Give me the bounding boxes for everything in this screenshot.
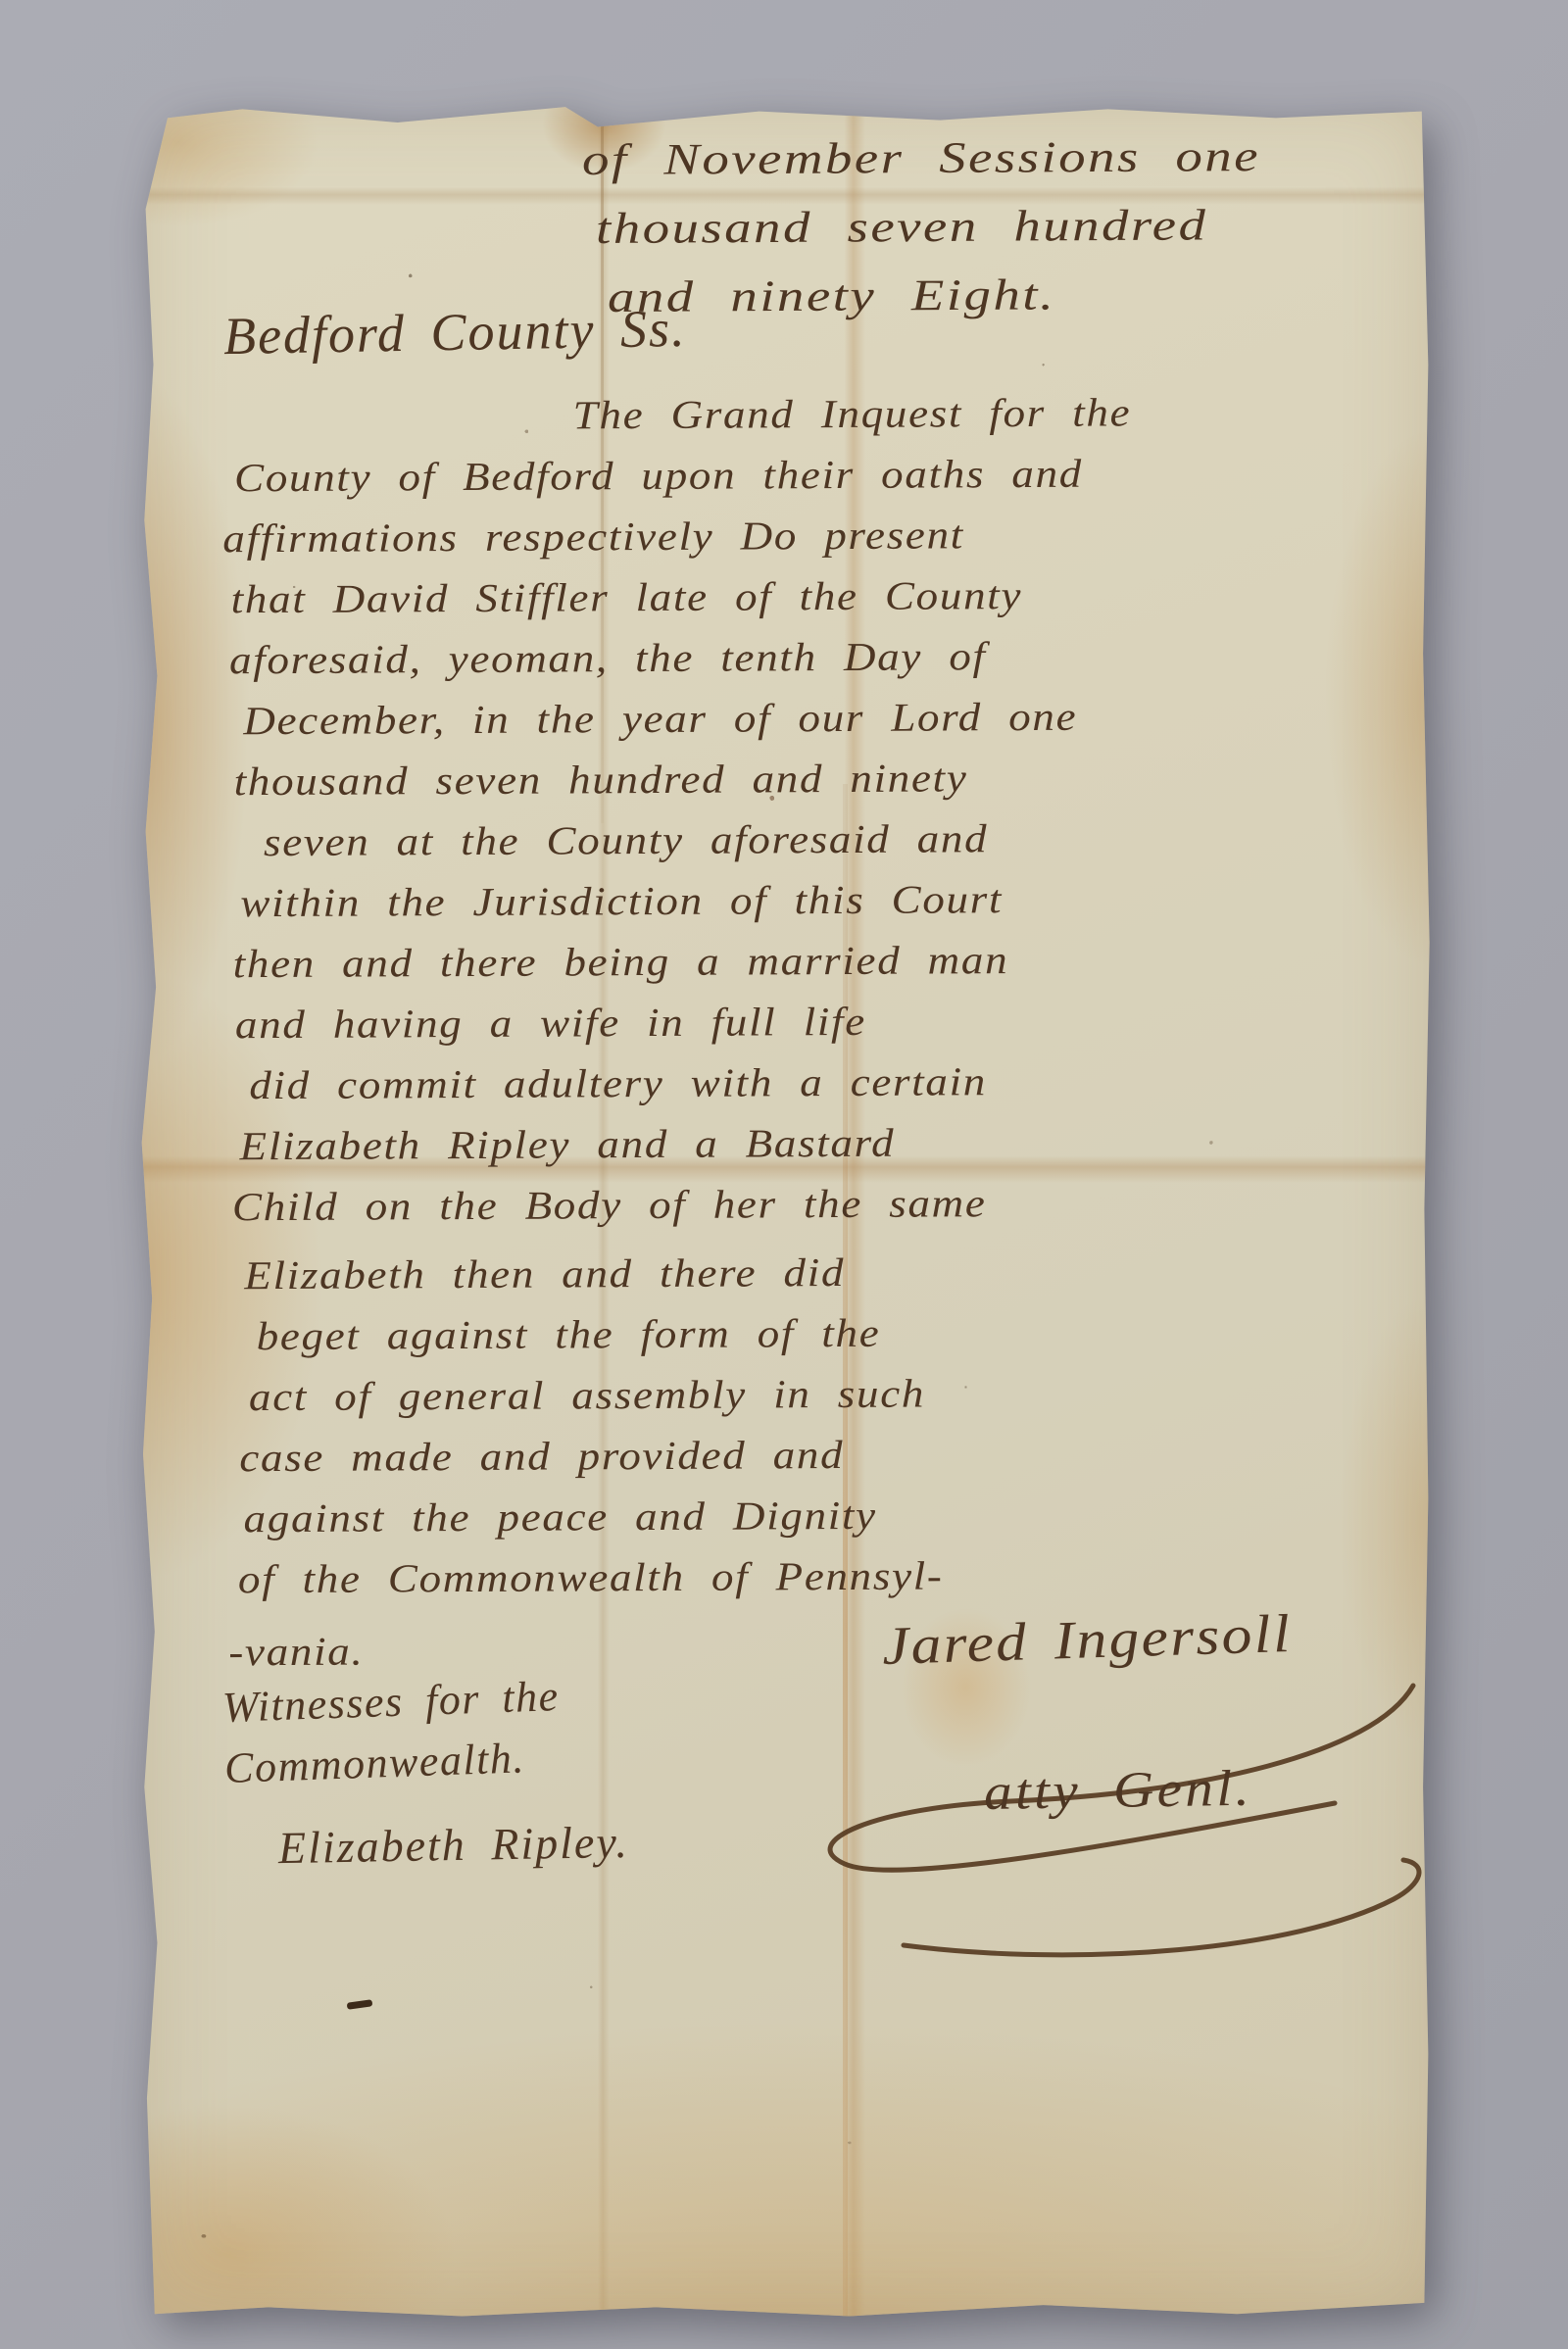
- manuscript-line: beget against the form of the: [256, 1300, 1168, 1366]
- manuscript-line: did commit adultery with a certain: [249, 1050, 1167, 1115]
- manuscript-line: thousand seven hundred and ninety: [233, 746, 1167, 811]
- manuscript-line: within the Jurisdiction of this Court: [240, 867, 1167, 933]
- paper-shadow-wrap: of November Sessions one thousand seven …: [139, 98, 1431, 2321]
- county-caption: Bedford County Ss.: [222, 298, 686, 367]
- signature-title: atty Genl.: [983, 1760, 1252, 1822]
- signature-name: Jared Ingersoll: [881, 1602, 1294, 1677]
- manuscript-line: The Grand Inquest for the: [573, 381, 1132, 445]
- manuscript-line: that David Stiffler late of the County: [231, 563, 1167, 629]
- manuscript-line: and ninety Eight.: [608, 259, 1255, 331]
- manuscript-line: thousand seven hundred: [596, 190, 1257, 263]
- manuscript-line: Elizabeth Ripley and a Bastard: [239, 1110, 1168, 1176]
- manuscript-line: affirmations respectively Do present: [222, 503, 1167, 568]
- witness-heading: Witnesses for the Commonwealth.: [221, 1666, 563, 1799]
- manuscript-line: act of general assembly in such: [249, 1361, 1169, 1427]
- manuscript-line: Commonwealth.: [223, 1727, 563, 1799]
- manuscript-paper: of November Sessions one thousand seven …: [139, 98, 1431, 2321]
- manuscript-line: case made and provided and: [239, 1422, 1170, 1488]
- manuscript-line: then and there being a married man: [232, 928, 1168, 994]
- ink-dash-mark: [347, 1999, 373, 2010]
- photograph-background: of November Sessions one thousand seven …: [0, 0, 1568, 2349]
- manuscript-line: of November Sessions one: [582, 122, 1261, 194]
- manuscript-line: seven at the County aforesaid and: [264, 807, 1165, 872]
- manuscript-line: aforesaid, yeoman, the tenth Day of: [229, 624, 1167, 690]
- manuscript-line: Child on the Body of her the same: [232, 1171, 1170, 1237]
- witness-name: Elizabeth Ripley.: [278, 1816, 630, 1874]
- manuscript-line: and having a wife in full life: [235, 989, 1169, 1054]
- manuscript-line: County of Bedford upon their oaths and: [234, 442, 1165, 508]
- manuscript-line: against the peace and Dignity: [243, 1483, 1170, 1548]
- manuscript-line: of the Commonwealth of Pennsyl-: [238, 1543, 1172, 1609]
- indictment-body: The Grand Inquest for the County of Bedf…: [222, 382, 1088, 1683]
- manuscript-line: Elizabeth then and there did: [244, 1240, 1169, 1305]
- manuscript-line: December, in the year of our Lord one: [243, 685, 1166, 751]
